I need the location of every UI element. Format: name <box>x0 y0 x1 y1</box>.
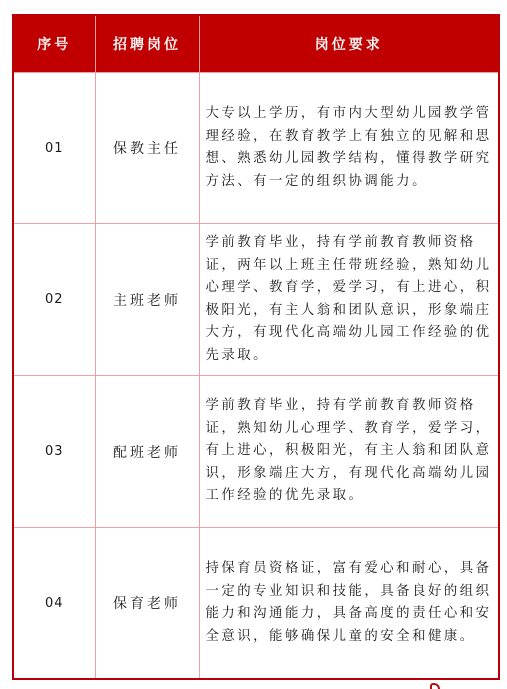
row-position: 保教主任 <box>95 73 199 224</box>
row-requirements: 大专以上学历，有市内大型幼儿园教学管理经验，在教育教学上有独立的见解和思想、熟悉… <box>199 73 499 224</box>
recruitment-table: 序号 招聘岗位 岗位要求 01 保教主任 大专以上学历，有市内大型幼儿园教学管理… <box>12 14 500 680</box>
table-row: 04 保育老师 持保育员资格证，富有爱心和耐心，具备一定的专业知识和技能，具备良… <box>13 528 499 680</box>
header-row: 序号 招聘岗位 岗位要求 <box>13 15 499 73</box>
row-requirements: 学前教育毕业，持有学前教育教师资格证，两年以上班主任带班经验，熟知幼儿心理学、教… <box>199 224 499 376</box>
table-row: 01 保教主任 大专以上学历，有市内大型幼儿园教学管理经验，在教育教学上有独立的… <box>13 73 499 224</box>
recruitment-table-container: 序号 招聘岗位 岗位要求 01 保教主任 大专以上学历，有市内大型幼儿园教学管理… <box>12 14 498 680</box>
row-position: 保育老师 <box>95 528 199 680</box>
row-requirements: 持保育员资格证，富有爱心和耐心，具备一定的专业知识和技能，具备良好的组织能力和沟… <box>199 528 499 680</box>
cropped-decoration-icon <box>430 683 440 689</box>
row-number: 04 <box>13 528 95 680</box>
row-position: 主班老师 <box>95 224 199 376</box>
header-number: 序号 <box>13 15 95 73</box>
row-requirements: 学前教育毕业，持有学前教育教师资格证，熟知幼儿心理学、教育学，爱学习，有上进心，… <box>199 376 499 528</box>
table-row: 03 配班老师 学前教育毕业，持有学前教育教师资格证，熟知幼儿心理学、教育学，爱… <box>13 376 499 528</box>
row-number: 01 <box>13 73 95 224</box>
table-row: 02 主班老师 学前教育毕业，持有学前教育教师资格证，两年以上班主任带班经验，熟… <box>13 224 499 376</box>
table-body: 01 保教主任 大专以上学历，有市内大型幼儿园教学管理经验，在教育教学上有独立的… <box>13 73 499 680</box>
header-position: 招聘岗位 <box>95 15 199 73</box>
table-header: 序号 招聘岗位 岗位要求 <box>13 15 499 73</box>
row-position: 配班老师 <box>95 376 199 528</box>
row-number: 03 <box>13 376 95 528</box>
header-requirements: 岗位要求 <box>199 15 499 73</box>
row-number: 02 <box>13 224 95 376</box>
